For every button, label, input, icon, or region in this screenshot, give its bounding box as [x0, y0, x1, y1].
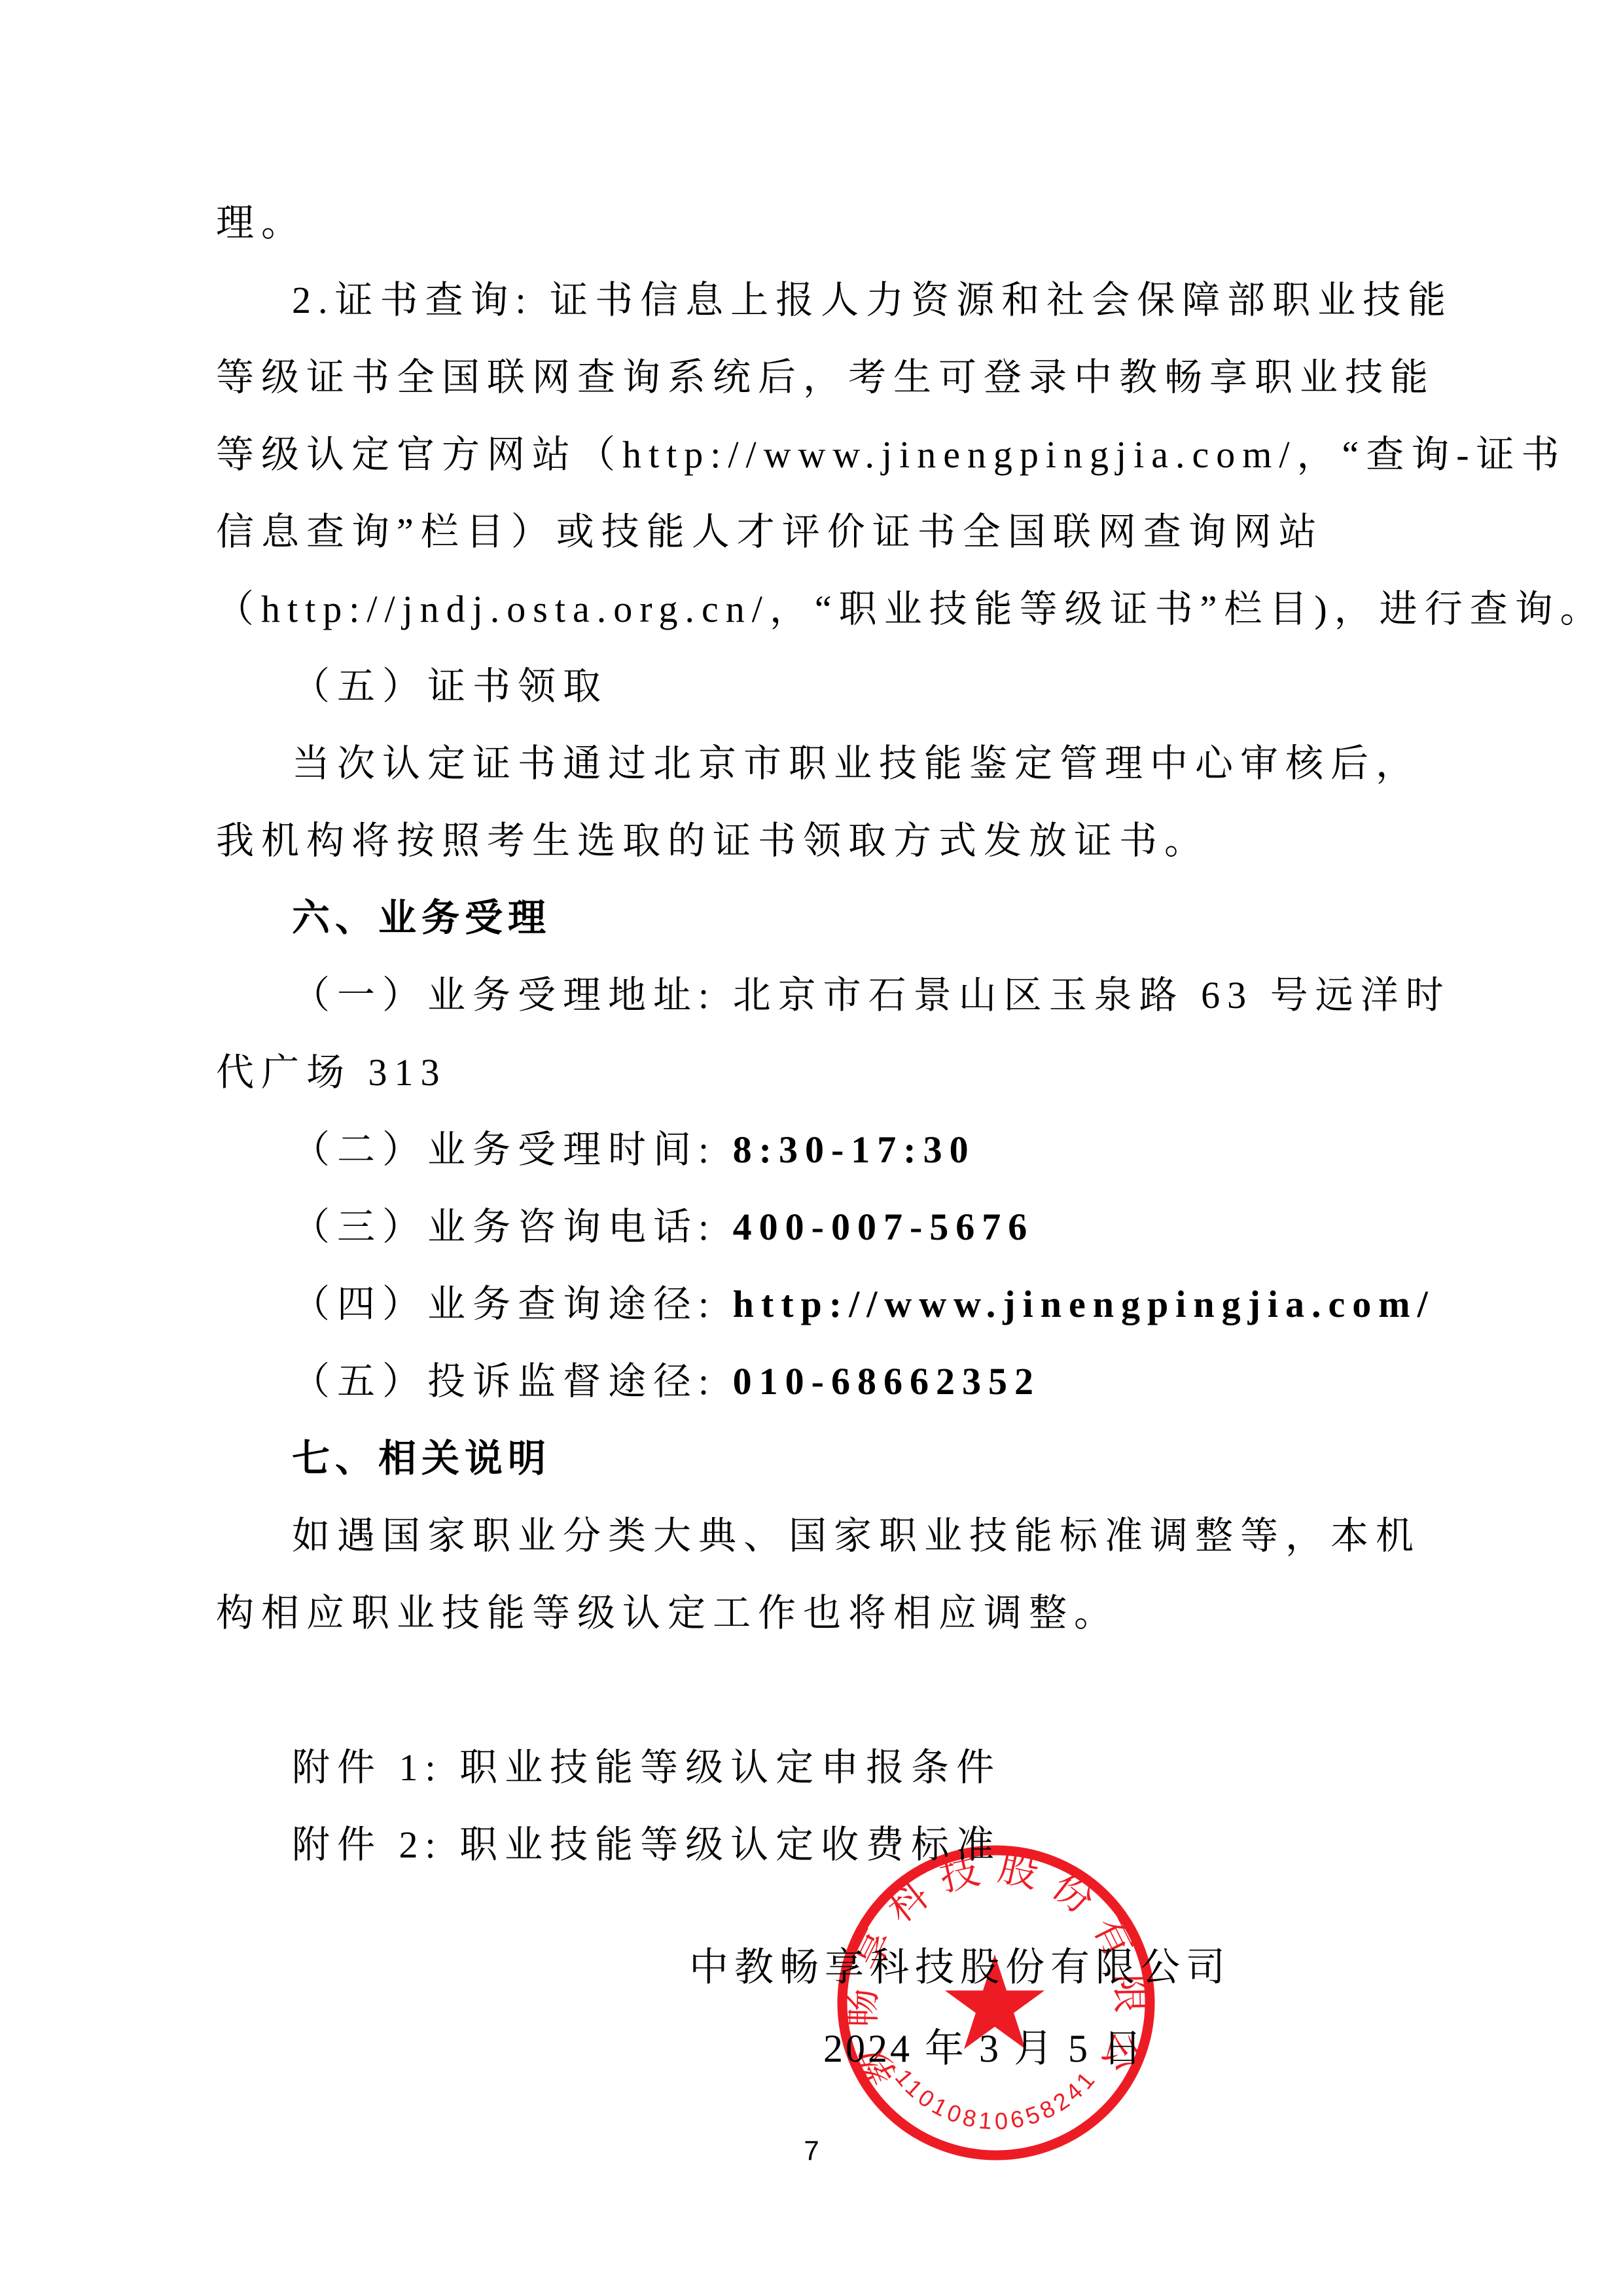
text-line: 我机构将按照考生选取的证书领取方式发放证书。: [216, 802, 1414, 880]
text-line: 七、相关说明: [216, 1420, 1414, 1498]
document-page: 理。2.证书查询: 证书信息上报人力资源和社会保障部职业技能等级证书全国联网查询…: [0, 0, 1623, 2296]
document-body: 理。2.证书查询: 证书信息上报人力资源和社会保障部职业技能等级证书全国联网查询…: [216, 185, 1414, 1884]
text-line: （http://jndj.osta.org.cn/，“职业技能等级证书”栏目)，…: [216, 571, 1414, 648]
text-line: 附件 2: 职业技能等级认定收费标准: [216, 1806, 1414, 1884]
text-line: （五）投诉监督途径: 010-68662352: [216, 1343, 1414, 1420]
text-line: （四）业务查询途径: http://www.jinengpingjia.com/: [216, 1266, 1414, 1343]
text-line: 如遇国家职业分类大典、国家职业技能标准调整等，本机: [216, 1498, 1414, 1575]
text-line: 当次认定证书通过北京市职业技能鉴定管理中心审核后，: [216, 725, 1414, 802]
text-line: 2.证书查询: 证书信息上报人力资源和社会保障部职业技能: [216, 262, 1414, 339]
text-line: 信息查询”栏目）或技能人才评价证书全国联网查询网站: [216, 493, 1414, 571]
text-line: （三）业务咨询电话: 400-007-5676: [216, 1189, 1414, 1266]
text-line: （一）业务受理地址: 北京市石景山区玉泉路 63 号远洋时: [216, 957, 1414, 1034]
page-number: 7: [785, 2135, 838, 2166]
text-line: 等级认定官方网站（http://www.jinengpingjia.com/，“…: [216, 416, 1414, 493]
text-line: 等级证书全国联网查询系统后，考生可登录中教畅享职业技能: [216, 339, 1414, 416]
text-line: 理。: [216, 185, 1414, 262]
text-line: 代广场 313: [216, 1034, 1414, 1111]
text-line: 六、业务受理: [216, 880, 1414, 957]
text-line: （二）业务受理时间: 8:30-17:30: [216, 1111, 1414, 1189]
seal-star-icon: [945, 1954, 1044, 2049]
text-line: 附件 1: 职业技能等级认定申报条件: [216, 1729, 1414, 1806]
text-line: （五）证书领取: [216, 648, 1414, 725]
text-line: 构相应职业技能等级认定工作也将相应调整。: [216, 1575, 1414, 1652]
company-seal: 中教畅享科技股份有限公司 11010810658241: [836, 1844, 1156, 2162]
seal-serial-number: 11010810658241: [890, 2064, 1102, 2134]
